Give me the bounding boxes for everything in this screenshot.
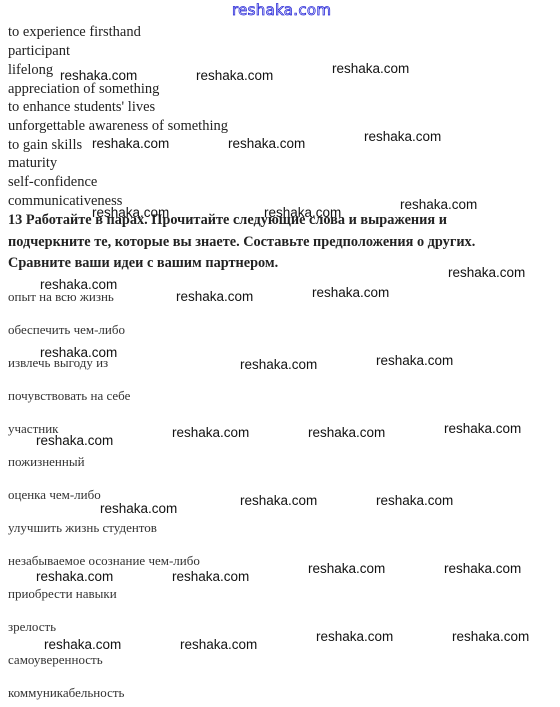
list-item: appreciation of something — [8, 82, 159, 97]
list-item: to experience firsthand — [8, 25, 141, 40]
watermark: reshaka.com — [452, 630, 529, 644]
watermark: reshaka.com — [176, 290, 253, 304]
watermark: reshaka.com — [448, 266, 525, 280]
watermark: reshaka.com — [376, 354, 453, 368]
watermark: reshaka.com — [100, 502, 177, 516]
watermark: reshaka.com — [264, 206, 341, 220]
watermark: reshaka.com — [308, 562, 385, 576]
watermark: reshaka.com — [40, 346, 117, 360]
watermark: reshaka.com — [60, 69, 137, 83]
list-item: оценка чем-либо — [8, 488, 101, 501]
watermark: reshaka.com — [316, 630, 393, 644]
list-item: participant — [8, 44, 70, 59]
watermark: reshaka.com — [36, 570, 113, 584]
watermark: reshaka.com — [196, 69, 273, 83]
watermark: reshaka.com — [44, 638, 121, 652]
instruction-line: Сравните ваши идеи с вашим партнером. — [8, 256, 278, 270]
list-item: обеспечить чем-либо — [8, 323, 125, 336]
list-item: зрелость — [8, 620, 56, 633]
list-item: lifelong — [8, 63, 53, 78]
list-item: to gain skills — [8, 138, 82, 153]
watermark: reshaka.com — [240, 494, 317, 508]
watermark: reshaka.com — [364, 130, 441, 144]
watermark: reshaka.com — [400, 198, 477, 212]
list-item: to enhance students' lives — [8, 100, 155, 115]
watermark: reshaka.com — [36, 434, 113, 448]
list-item: maturity — [8, 156, 57, 171]
list-item: пожизненный — [8, 455, 85, 468]
list-item: коммуникабельность — [8, 686, 124, 699]
list-item: незабываемое осознание чем-либо — [8, 554, 200, 567]
list-item: почувствовать на себе — [8, 389, 130, 402]
watermark: reshaka.com — [40, 278, 117, 292]
instruction-line: 13 Работайте в парах. Прочитайте следующ… — [8, 213, 447, 227]
watermark: reshaka.com — [444, 562, 521, 576]
watermark: reshaka.com — [332, 62, 409, 76]
watermark: reshaka.com — [376, 494, 453, 508]
watermark: reshaka.com — [180, 638, 257, 652]
list-item: улучшить жизнь студентов — [8, 521, 157, 534]
watermark: reshaka.com — [172, 570, 249, 584]
instruction-line: подчеркните те, которые вы знаете. Соста… — [8, 235, 475, 249]
watermark: reshaka.com — [444, 422, 521, 436]
watermark: reshaka.com — [240, 358, 317, 372]
list-item: self-confidence — [8, 175, 97, 190]
watermark: reshaka.com — [312, 286, 389, 300]
watermark: reshaka.com — [92, 206, 169, 220]
list-item: unforgettable awareness of something — [8, 119, 228, 134]
watermark: reshaka.com — [308, 426, 385, 440]
document-page: reshaka.com to experience firsthand part… — [0, 0, 560, 707]
list-item: самоуверенность — [8, 653, 103, 666]
watermark: reshaka.com — [92, 137, 169, 151]
watermark: reshaka.com — [228, 137, 305, 151]
watermark: reshaka.com — [172, 426, 249, 440]
list-item: приобрести навыки — [8, 587, 117, 600]
site-logo-link[interactable]: reshaka.com — [232, 1, 331, 19]
